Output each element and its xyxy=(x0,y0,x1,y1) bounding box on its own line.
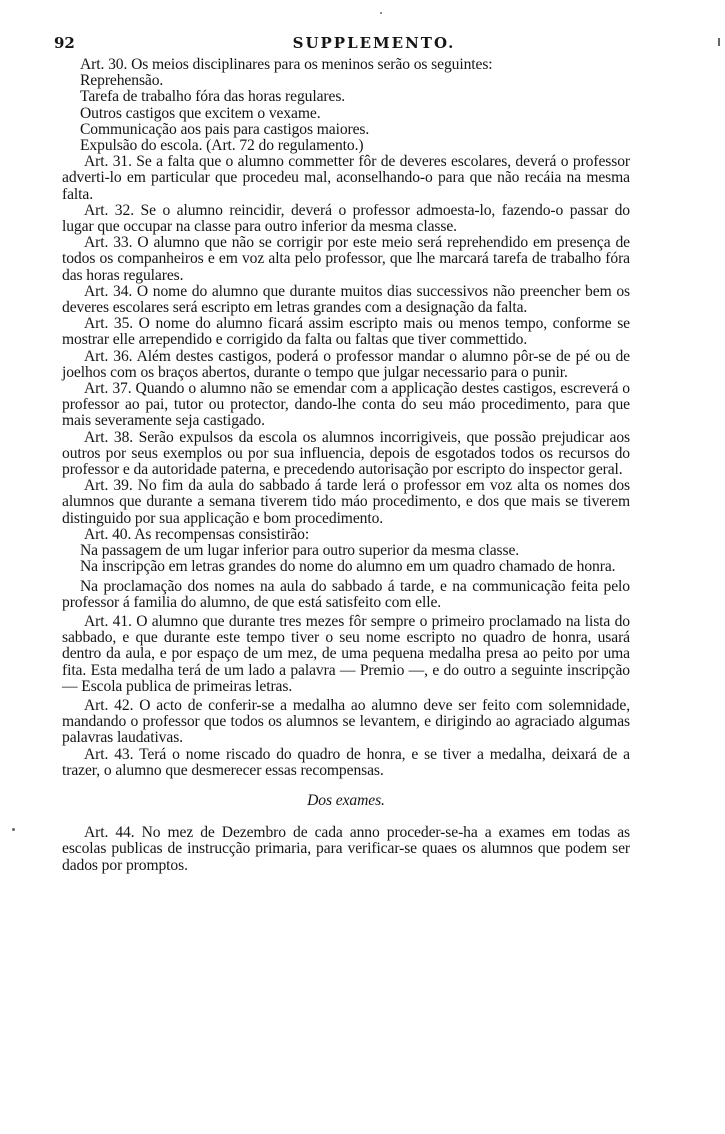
running-title: SUPPLEMENTO. xyxy=(54,34,674,52)
page-header: 92 SUPPLEMENTO. xyxy=(54,34,674,56)
article-31: Art. 31. Se a falta que o alumno commett… xyxy=(62,154,630,203)
article-30-item: Outros castigos que excitem o vexame. xyxy=(62,106,630,122)
article-30-item: Tarefa de trabalho fóra das horas regula… xyxy=(62,89,630,105)
article-35: Art. 35. O nome do alumno ficará assim e… xyxy=(62,316,630,348)
scan-speck xyxy=(718,38,720,46)
article-39: Art. 39. No fim da aula do sabbado á tar… xyxy=(62,478,630,527)
article-41: Art. 41. O alumno que durante tres mezes… xyxy=(62,614,630,695)
article-43: Art. 43. Terá o nome riscado do quadro d… xyxy=(62,747,630,779)
article-38: Art. 38. Serão expulsos da escola os alu… xyxy=(62,430,630,479)
article-30-item: Reprehensão. xyxy=(62,73,630,89)
article-37: Art. 37. Quando o alumno não se emendar … xyxy=(62,381,630,430)
article-40-item: Na passagem de um lugar inferior para ou… xyxy=(62,543,630,559)
article-34: Art. 34. O nome do alumno que durante mu… xyxy=(62,284,630,316)
article-30-intro: Art. 30. Os meios disciplinares para os … xyxy=(62,57,630,73)
article-33: Art. 33. O alumno que não se corrigir po… xyxy=(62,235,630,284)
article-40-item: Na inscripção em letras grandes do nome … xyxy=(62,559,630,575)
article-44: Art. 44. No mez de Dezembro de cada anno… xyxy=(62,825,630,874)
article-32: Art. 32. Se o alumno reincidir, deverá o… xyxy=(62,203,630,235)
article-30-item: Expulsão do escola. (Art. 72 do regulame… xyxy=(62,138,630,154)
article-40-item: Na proclamação dos nomes na aula do sabb… xyxy=(62,579,630,611)
scan-speck xyxy=(12,828,15,831)
article-42: Art. 42. O acto de conferir-se a medalha… xyxy=(62,698,630,747)
scan-speck xyxy=(380,12,382,14)
article-30-item: Communicação aos pais para castigos maio… xyxy=(62,122,630,138)
article-36: Art. 36. Além destes castigos, poderá o … xyxy=(62,349,630,381)
page-body: Art. 30. Os meios disciplinares para os … xyxy=(62,57,630,874)
section-heading: Dos exames. xyxy=(62,793,630,809)
article-40-intro: Art. 40. As recompensas consistirão: xyxy=(62,527,630,543)
book-page: 92 SUPPLEMENTO. Art. 30. Os meios discip… xyxy=(0,0,725,1134)
